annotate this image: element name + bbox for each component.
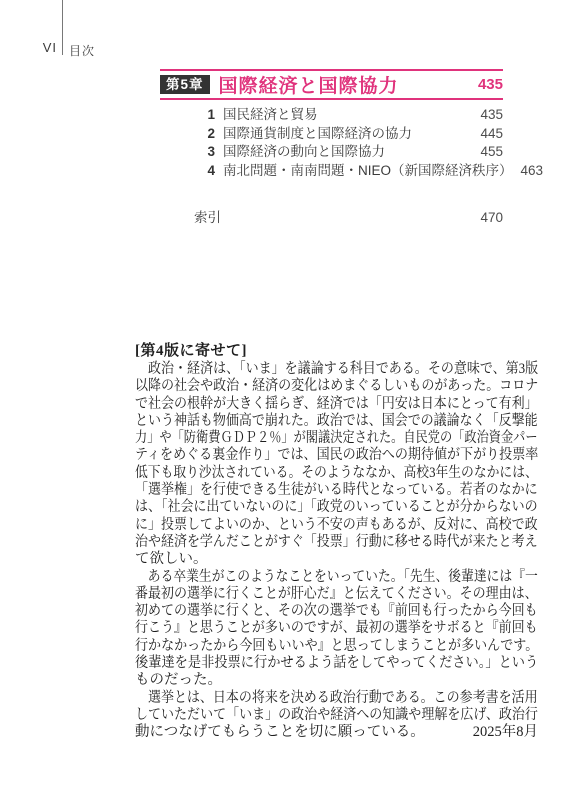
toc-item-page: 463 — [521, 162, 544, 181]
preface-closing-text: 動につなげてもらうことを切に願っている。 — [135, 724, 425, 741]
toc-item-title: 国際通貨制度と国際経済の協力 — [215, 125, 472, 144]
preface-line: ある卒業生がこのようなことをいっていた。「先生、後輩達には『一 — [135, 569, 490, 586]
toc-items: 1 国民経済と貿易 435 2 国際通貨制度と国際経済の協力 445 3 国際経… — [160, 106, 503, 180]
toc-item-number: 3 — [160, 143, 215, 162]
preface-line: 政治・経済は、「いま」を議論する科目である。その意味で、第3版 — [135, 361, 497, 378]
preface-line: 番最初の選挙に行くことが肝心だ』と伝えてください。その理由は、 — [135, 586, 496, 603]
preface-heading: [第4版に寄せて] — [135, 342, 538, 360]
toc-item-title: 国民経済と貿易 — [215, 106, 472, 125]
preface-line: に」投票してよいのか、という不安の声もあるが、反対に、高校で政 — [135, 517, 496, 534]
page-folio: VI — [28, 40, 57, 55]
preface-date: 2025年8月 — [465, 724, 538, 741]
running-head-divider — [62, 0, 63, 55]
preface-line: 「選挙権」を行使できる生徒がいる時代となっている。若者のなかに — [135, 482, 496, 499]
toc-block: 第5章 国際経済と国際協力 435 1 国民経済と貿易 435 2 国際通貨制度… — [160, 69, 503, 228]
preface-line: 後輩達を是非投票に行かせるよう話をしてやってください。」という — [135, 655, 502, 672]
toc-item-title: 南北問題・南南問題・NIEO（新国際経済秩序） — [215, 162, 513, 181]
preface-line: 力」や「防衛費ＧＤＰ２％」が閣議決定された。自民党の「政治資金パー — [135, 430, 474, 447]
toc-item: 2 国際通貨制度と国際経済の協力 445 — [160, 125, 503, 144]
toc-item-page: 435 — [480, 106, 503, 125]
preface-line: 選挙とは、日本の将来を決める政治行動である。この参考書を活用 — [135, 690, 496, 707]
preface-closing-line: 動につなげてもらうことを切に願っている。 2025年8月 — [135, 724, 538, 741]
preface-line: 低下も取り沙汰されている。そのようななか、高校3年生のなかには、 — [135, 465, 490, 482]
toc-item: 4 南北問題・南南問題・NIEO（新国際経済秩序） 463 — [160, 162, 503, 181]
chapter-page-number: 435 — [478, 76, 503, 93]
preface-line: という神話も物価高で崩れた。政治では、国会での議論なく「反撃能 — [135, 413, 496, 430]
preface-body: 政治・経済は、「いま」を議論する科目である。その意味で、第3版以降の社会や政治・… — [135, 361, 538, 724]
toc-item-number: 2 — [160, 125, 215, 144]
preface-line: 治や経済を学んだことがすぐ「投票」行動に移せる時代が来たと考え — [135, 534, 496, 551]
book-page: VI 目次 第5章 国際経済と国際協力 435 1 国民経済と貿易 435 2 … — [0, 0, 569, 800]
preface-line: 以降の社会や政治・経済の変化はめまぐるしいものがあった。コロナ — [135, 378, 497, 395]
preface-line: て欲しい。 — [135, 551, 538, 568]
preface-line: していただいて「いま」の政治や経済への知識や理解を広げ、政治行 — [135, 707, 497, 724]
index-entry-title: 索引 — [160, 209, 221, 228]
preface-line: は、「社会に出ていないのに」「政党のいっていることが分からないの — [135, 499, 496, 516]
index-entry: 索引 470 — [160, 209, 503, 228]
preface-line: ティをめぐる裏金作り」では、国民の政治への期待値が下がり投票率 — [135, 447, 498, 464]
preface-line: で社会の根幹が大きく揺らぎ、経済では「円安は日本にとって有利」 — [135, 396, 497, 413]
preface-line: 行こう』と思うことが多いのですが、最初の選挙をサボると『前回も — [135, 620, 496, 637]
preface-line: 初めての選挙に行くと、その次の選挙でも『前回も行ったから今回も — [135, 603, 496, 620]
chapter-header: 第5章 国際経済と国際協力 435 — [160, 69, 503, 100]
toc-item-number: 4 — [160, 162, 215, 181]
toc-item: 3 国際経済の動向と国際協力 455 — [160, 143, 503, 162]
index-entry-page: 470 — [480, 209, 503, 228]
chapter-number-box: 第5章 — [160, 75, 210, 95]
chapter-title: 国際経済と国際協力 — [219, 71, 399, 98]
toc-item-title: 国際経済の動向と国際協力 — [215, 143, 472, 162]
toc-item-page: 455 — [480, 143, 503, 162]
toc-item-number: 1 — [160, 106, 215, 125]
toc-item-page: 445 — [480, 125, 503, 144]
preface-line: ものだった。 — [135, 672, 538, 689]
preface-section: [第4版に寄せて] 政治・経済は、「いま」を議論する科目である。その意味で、第3… — [135, 342, 538, 742]
running-head-section-label: 目次 — [69, 42, 95, 59]
toc-item: 1 国民経済と貿易 435 — [160, 106, 503, 125]
preface-line: 行かなかったから今回もいいや』と思ってしまうことが多いんです。 — [135, 638, 498, 655]
